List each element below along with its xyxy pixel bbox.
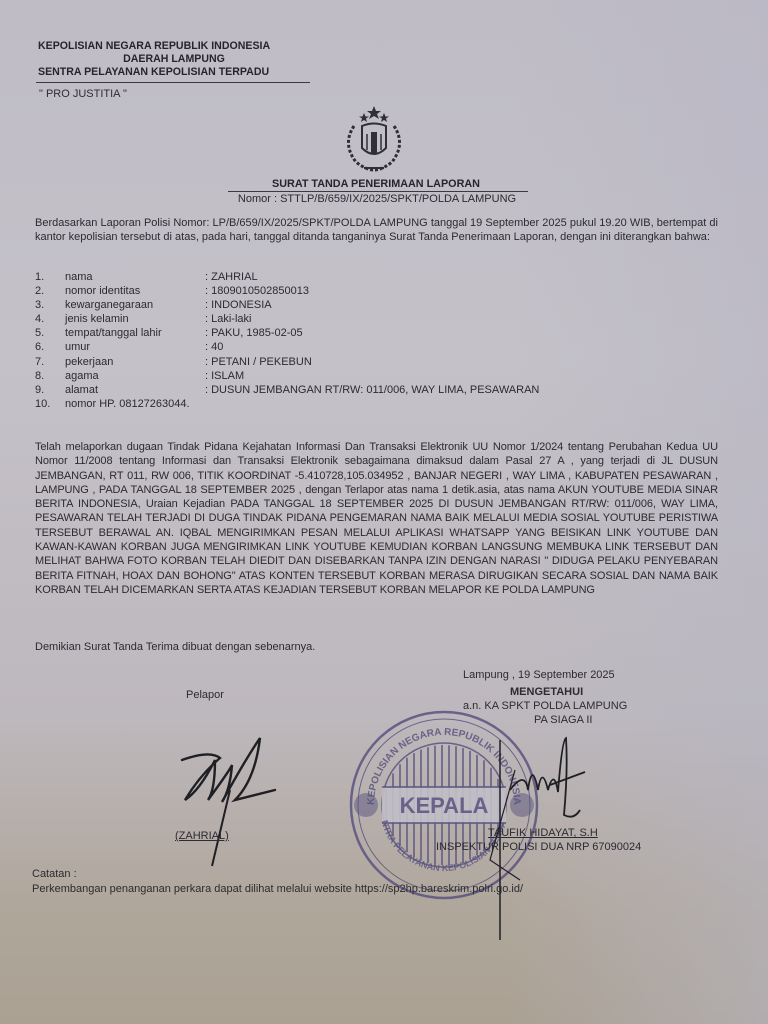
row-value: : Laki-laki bbox=[205, 312, 251, 326]
place-date: Lampung , 19 September 2025 bbox=[463, 669, 615, 681]
row-number: 10. bbox=[35, 397, 65, 411]
letterhead: KEPOLISIAN NEGARA REPUBLIK INDONESIA DAE… bbox=[38, 40, 310, 79]
letterhead-line-3: SENTRA PELAYANAN KEPOLISIAN TERPADU bbox=[38, 66, 310, 79]
notes-label: Catatan : bbox=[32, 868, 77, 880]
mengetahui-label: MENGETAHUI bbox=[510, 686, 583, 698]
row-number: 4. bbox=[35, 312, 65, 326]
identity-row: 7.pekerjaan: PETANI / PEKEBUN bbox=[35, 355, 539, 369]
on-behalf-label: a.n. KA SPKT POLDA LAMPUNG bbox=[463, 700, 627, 712]
report-paragraph: Telah melaporkan dugaan Tindak Pidana Ke… bbox=[35, 440, 718, 597]
row-label: nama bbox=[65, 270, 205, 284]
row-value: : ZAHRIAL bbox=[205, 270, 258, 284]
identity-row: 6.umur: 40 bbox=[35, 340, 539, 354]
identity-row: 2.nomor identitas: 1809010502850013 bbox=[35, 284, 539, 298]
row-number: 5. bbox=[35, 326, 65, 340]
row-value: : DUSUN JEMBANGAN RT/RW: 011/006, WAY LI… bbox=[205, 383, 539, 397]
identity-row: 10.nomor HP. 08127263044. bbox=[35, 397, 539, 411]
officer-position: PA SIAGA II bbox=[534, 714, 593, 726]
row-number: 1. bbox=[35, 270, 65, 284]
row-label: nomor HP. 08127263044. bbox=[65, 398, 190, 410]
row-number: 7. bbox=[35, 355, 65, 369]
row-label: agama bbox=[65, 369, 205, 383]
reporter-signature-icon bbox=[160, 730, 290, 870]
row-number: 3. bbox=[35, 298, 65, 312]
row-label: kewarganegaraan bbox=[65, 298, 205, 312]
letterhead-line-2: DAERAH LAMPUNG bbox=[38, 53, 310, 66]
row-label: nomor identitas bbox=[65, 284, 205, 298]
document-number: Nomor : STTLP/B/659/IX/2025/SPKT/POLDA L… bbox=[222, 193, 532, 205]
letterhead-divider bbox=[36, 82, 310, 83]
row-number: 8. bbox=[35, 369, 65, 383]
identity-row: 3.kewarganegaraan: INDONESIA bbox=[35, 298, 539, 312]
row-number: 2. bbox=[35, 284, 65, 298]
row-value: : PETANI / PEKEBUN bbox=[205, 355, 312, 369]
svg-text:KEPOLISIAN NEGARA REPUBLIK IND: KEPOLISIAN NEGARA REPUBLIK INDONESIA bbox=[366, 727, 522, 805]
pro-justitia: " PRO JUSTITIA " bbox=[39, 88, 127, 100]
polri-emblem-icon bbox=[334, 104, 414, 176]
row-label: pekerjaan bbox=[65, 355, 205, 369]
identity-row: 5.tempat/tanggal lahir: PAKU, 1985-02-05 bbox=[35, 326, 539, 340]
reporter-name: (ZAHRIAL) bbox=[175, 830, 229, 842]
row-value: : 40 bbox=[205, 340, 223, 354]
identity-list: 1.nama: ZAHRIAL 2.nomor identitas: 18090… bbox=[35, 270, 539, 411]
identity-row: 8.agama: ISLAM bbox=[35, 369, 539, 383]
letterhead-line-1: KEPOLISIAN NEGARA REPUBLIK INDONESIA bbox=[38, 40, 310, 53]
title-divider bbox=[228, 191, 528, 192]
row-value: : ISLAM bbox=[205, 369, 244, 383]
notes-text: Perkembangan penanganan perkara dapat di… bbox=[32, 883, 523, 895]
row-label: umur bbox=[65, 340, 205, 354]
official-stamp-icon: KEPALA KEPOLISIAN NEGARA REPUBLIK INDONE… bbox=[344, 705, 544, 905]
row-label: tempat/tanggal lahir bbox=[65, 326, 205, 340]
identity-row: 4.jenis kelamin: Laki-laki bbox=[35, 312, 539, 326]
closing-statement: Demikian Surat Tanda Terima dibuat denga… bbox=[35, 641, 315, 653]
row-value: : INDONESIA bbox=[205, 298, 272, 312]
row-value: : PAKU, 1985-02-05 bbox=[205, 326, 303, 340]
identity-row: 1.nama: ZAHRIAL bbox=[35, 270, 539, 284]
officer-name: TAUFIK HIDAYAT, S.H bbox=[488, 827, 598, 839]
row-label: alamat bbox=[65, 383, 205, 397]
row-number: 6. bbox=[35, 340, 65, 354]
svg-text:KEPALA: KEPALA bbox=[400, 793, 489, 818]
document-title: SURAT TANDA PENERIMAAN LAPORAN bbox=[256, 178, 496, 190]
intro-paragraph: Berdasarkan Laporan Polisi Nomor: LP/B/6… bbox=[35, 216, 718, 245]
row-number: 9. bbox=[35, 383, 65, 397]
row-value: : 1809010502850013 bbox=[205, 284, 309, 298]
officer-rank: INSPEKTUR POLISI DUA NRP 67090024 bbox=[436, 841, 641, 853]
row-label: jenis kelamin bbox=[65, 312, 205, 326]
identity-row: 9.alamat: DUSUN JEMBANGAN RT/RW: 011/006… bbox=[35, 383, 539, 397]
reporter-label: Pelapor bbox=[186, 689, 224, 701]
